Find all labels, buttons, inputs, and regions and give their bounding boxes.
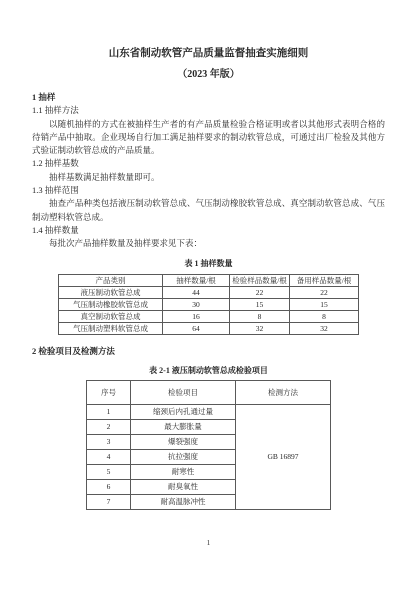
table-row: 1 缩颈后内孔通过量 GB 16897 <box>87 404 331 419</box>
cell-test-sample-qty: 8 <box>230 310 290 322</box>
cell-inspection-item: 爆裂强度 <box>131 434 236 449</box>
column-header-sample-qty: 抽样数量/根 <box>163 274 230 286</box>
section-1-1-heading: 1.1 抽样方法 <box>32 104 385 117</box>
cell-sample-qty: 16 <box>163 310 230 322</box>
cell-index: 4 <box>87 449 131 464</box>
cell-backup-sample-qty: 15 <box>290 298 359 310</box>
cell-inspection-item: 最大膨胀量 <box>131 419 236 434</box>
cell-inspection-item: 耐寒性 <box>131 464 236 479</box>
sampling-method-paragraph: 以随机抽样的方式在被抽样生产者的有产品质量检验合格证明或者以其他形式表明合格的待… <box>32 118 385 158</box>
cell-index: 7 <box>87 494 131 509</box>
section-1-heading: 1 抽样 <box>32 91 385 104</box>
table-row: 气压制动橡胶软管总成 30 15 15 <box>59 298 359 310</box>
cell-test-sample-qty: 22 <box>230 286 290 298</box>
cell-index: 1 <box>87 404 131 419</box>
sampling-quantity-paragraph: 每批次产品抽样数量及抽样要求见下表： <box>32 237 385 250</box>
cell-inspection-item: 抗拉强度 <box>131 449 236 464</box>
cell-product-type: 液压制动软管总成 <box>59 286 163 298</box>
cell-index: 2 <box>87 419 131 434</box>
table-header-row: 产品类别 抽样数量/根 检验样品数量/根 备用样品数量/根 <box>59 274 359 286</box>
column-header-inspection-item: 检验项目 <box>131 380 236 404</box>
section-1-4-heading: 1.4 抽样数量 <box>32 224 385 237</box>
cell-product-type: 气压制动橡胶软管总成 <box>59 298 163 310</box>
cell-test-sample-qty: 32 <box>230 322 290 334</box>
table-row: 真空制动软管总成 16 8 8 <box>59 310 359 322</box>
section-sampling: 1 抽样 1.1 抽样方法 以随机抽样的方式在被抽样生产者的有产品质量检验合格证… <box>32 91 385 251</box>
column-header-index: 序号 <box>87 380 131 404</box>
table1-caption: 表 1 抽样数量 <box>32 257 385 270</box>
cell-product-type: 气压制动塑料软管总成 <box>59 322 163 334</box>
cell-inspection-item: 耐臭氧性 <box>131 479 236 494</box>
cell-index: 3 <box>87 434 131 449</box>
cell-backup-sample-qty: 22 <box>290 286 359 298</box>
page-content: 山东省制动软管产品质量监督抽查实施细则 （2023 年版） 1 抽样 1.1 抽… <box>0 0 417 510</box>
cell-backup-sample-qty: 32 <box>290 322 359 334</box>
cell-test-sample-qty: 15 <box>230 298 290 310</box>
document-title: 山东省制动软管产品质量监督抽查实施细则 <box>32 47 385 61</box>
sampling-scope-paragraph: 抽查产品种类包括液压制动软管总成、气压制动橡胶软管总成、真空制动软管总成、气压制… <box>32 197 385 224</box>
column-header-test-sample-qty: 检验样品数量/根 <box>230 274 290 286</box>
table-row: 液压制动软管总成 44 22 22 <box>59 286 359 298</box>
cell-index: 6 <box>87 479 131 494</box>
section-2-heading: 2 检验项目及检测方法 <box>32 345 385 358</box>
sampling-quantity-table: 产品类别 抽样数量/根 检验样品数量/根 备用样品数量/根 液压制动软管总成 4… <box>58 274 359 335</box>
document-page: 山东省制动软管产品质量监督抽查实施细则 （2023 年版） 1 抽样 1.1 抽… <box>0 0 417 590</box>
cell-product-type: 真空制动软管总成 <box>59 310 163 322</box>
cell-test-method: GB 16897 <box>236 404 331 509</box>
cell-sample-qty: 64 <box>163 322 230 334</box>
table-row: 气压制动塑料软管总成 64 32 32 <box>59 322 359 334</box>
cell-inspection-item: 缩颈后内孔通过量 <box>131 404 236 419</box>
column-header-test-method: 检测方法 <box>236 380 331 404</box>
cell-index: 5 <box>87 464 131 479</box>
page-number: 1 <box>0 536 417 549</box>
table2-caption: 表 2-1 液压制动软管总成检验项目 <box>32 364 385 377</box>
table-header-row: 序号 检验项目 检测方法 <box>87 380 331 404</box>
section-1-3-heading: 1.3 抽样范围 <box>32 184 385 197</box>
section-1-2-heading: 1.2 抽样基数 <box>32 157 385 170</box>
cell-inspection-item: 耐高温脉冲性 <box>131 494 236 509</box>
cell-sample-qty: 30 <box>163 298 230 310</box>
inspection-items-table: 序号 检验项目 检测方法 1 缩颈后内孔通过量 GB 16897 2 最大膨胀量… <box>86 380 331 510</box>
column-header-backup-sample-qty: 备用样品数量/根 <box>290 274 359 286</box>
cell-sample-qty: 44 <box>163 286 230 298</box>
column-header-product-type: 产品类别 <box>59 274 163 286</box>
document-edition: （2023 年版） <box>32 68 385 82</box>
sampling-base-paragraph: 抽样基数满足抽样数量即可。 <box>32 171 385 184</box>
cell-backup-sample-qty: 8 <box>290 310 359 322</box>
